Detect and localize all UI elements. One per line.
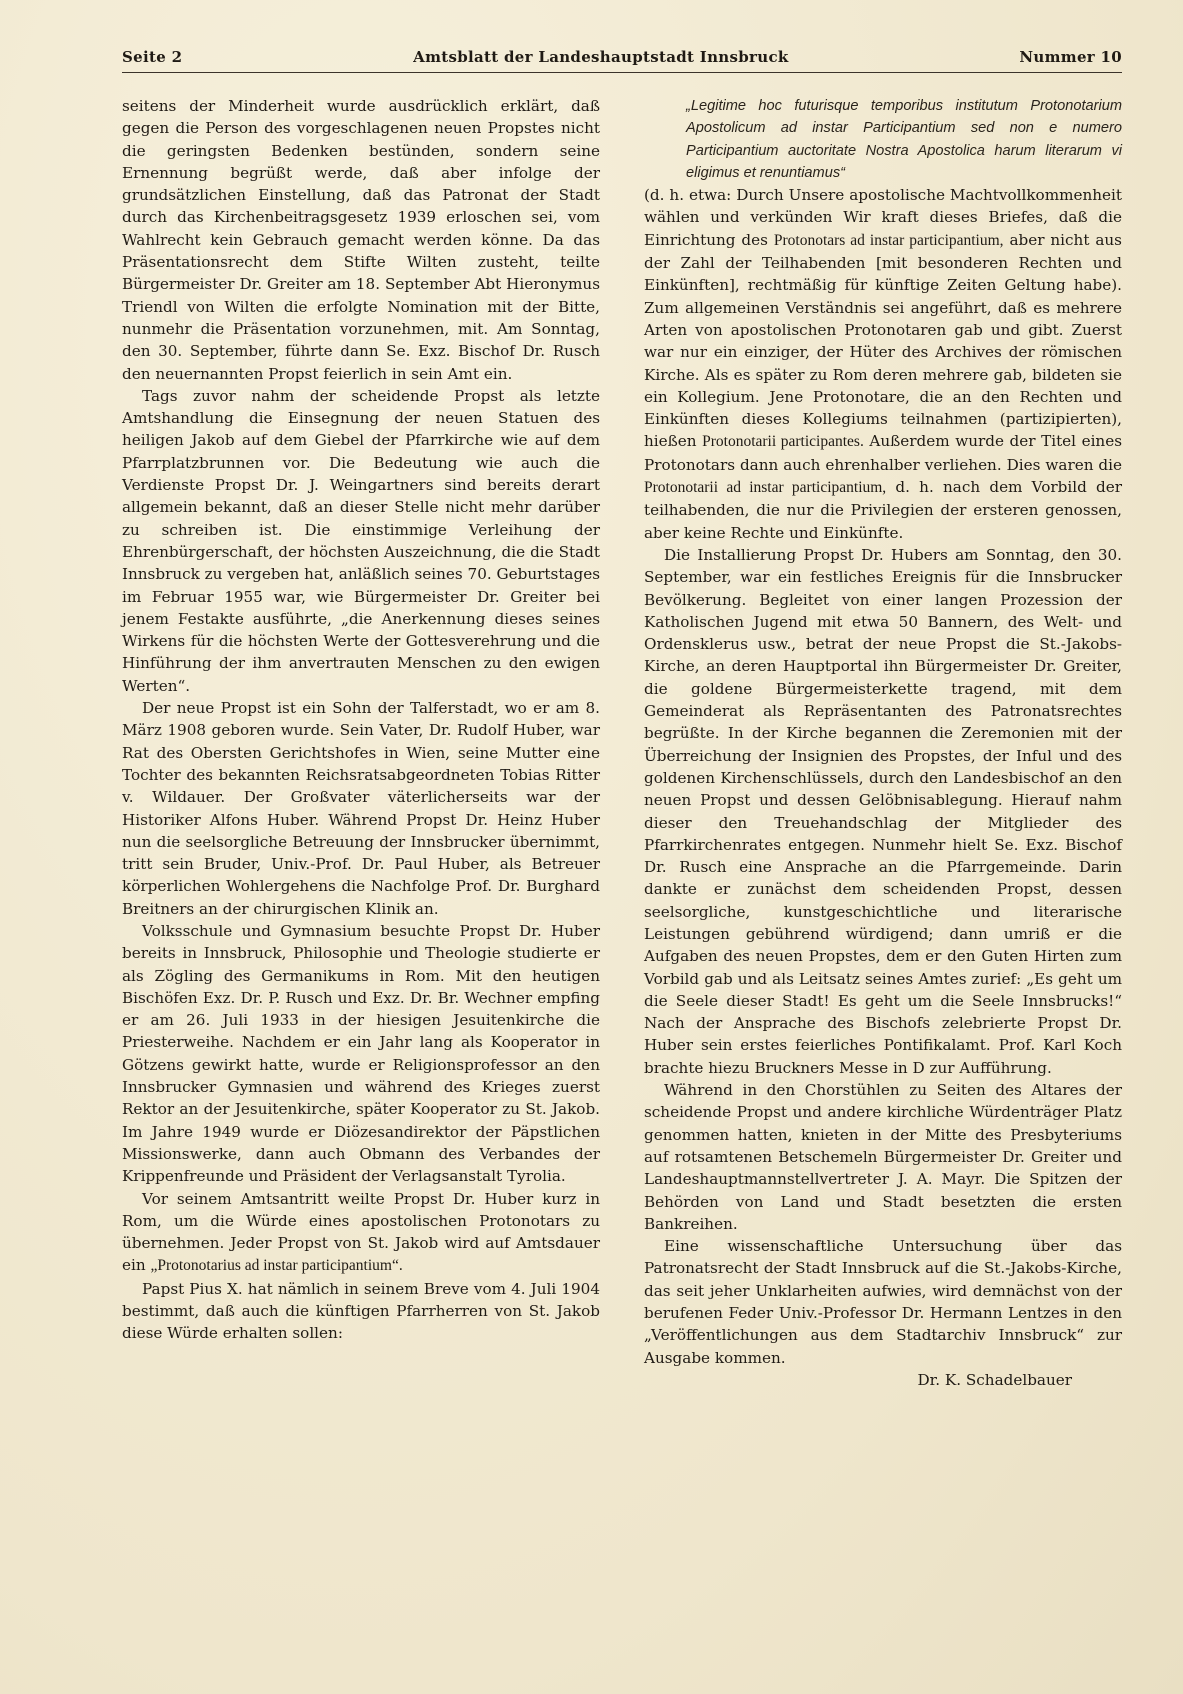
- article-body: seitens der Minderheit wurde ausdrücklic…: [122, 95, 1122, 1391]
- author-signature: Dr. K. Schadelbauer: [644, 1369, 1072, 1391]
- paragraph: Der neue Propst ist ein Sohn der Talfers…: [122, 697, 600, 920]
- latin-term: „Protonotarius ad instar participantium“…: [150, 1257, 402, 1274]
- latin-term: Protonotarii ad instar participantium,: [644, 479, 886, 496]
- paragraph: Vor seinem Amtsantritt weilte Propst Dr.…: [122, 1188, 600, 1278]
- paragraph: Während in den Chorstühlen zu Seiten des…: [644, 1079, 1122, 1235]
- left-column: seitens der Minderheit wurde ausdrücklic…: [122, 95, 600, 1391]
- paragraph: Tags zuvor nahm der scheidende Propst al…: [122, 385, 600, 697]
- newspaper-page: Seite 2 Amtsblatt der Landeshauptstadt I…: [122, 48, 1122, 1391]
- page-header: Seite 2 Amtsblatt der Landeshauptstadt I…: [122, 48, 1122, 73]
- publication-title: Amtsblatt der Landeshauptstadt Innsbruck: [182, 48, 1019, 66]
- latin-quote: „Legitime hoc futurisque temporibus inst…: [686, 95, 1122, 184]
- paragraph: Volksschule und Gymnasium besuchte Props…: [122, 920, 600, 1188]
- paragraph: Papst Pius X. hat nämlich in seinem Brev…: [122, 1278, 600, 1345]
- paragraph: Eine wissenschaftliche Untersuchung über…: [644, 1235, 1122, 1369]
- paragraph: (d. h. etwa: Durch Unsere apostolische M…: [644, 184, 1122, 544]
- issue-number: Nummer 10: [1019, 48, 1122, 66]
- text-run: aber nicht aus der Zahl der Teilhabenden…: [644, 231, 1122, 451]
- paragraph: seitens der Minderheit wurde ausdrücklic…: [122, 95, 600, 385]
- paragraph: Die Installierung Propst Dr. Hubers am S…: [644, 544, 1122, 1079]
- page-number: Seite 2: [122, 48, 182, 66]
- latin-term: Protonotarii participantes.: [702, 433, 864, 450]
- latin-term: Protonotars ad instar participantium,: [774, 232, 1004, 249]
- right-column: „Legitime hoc futurisque temporibus inst…: [644, 95, 1122, 1391]
